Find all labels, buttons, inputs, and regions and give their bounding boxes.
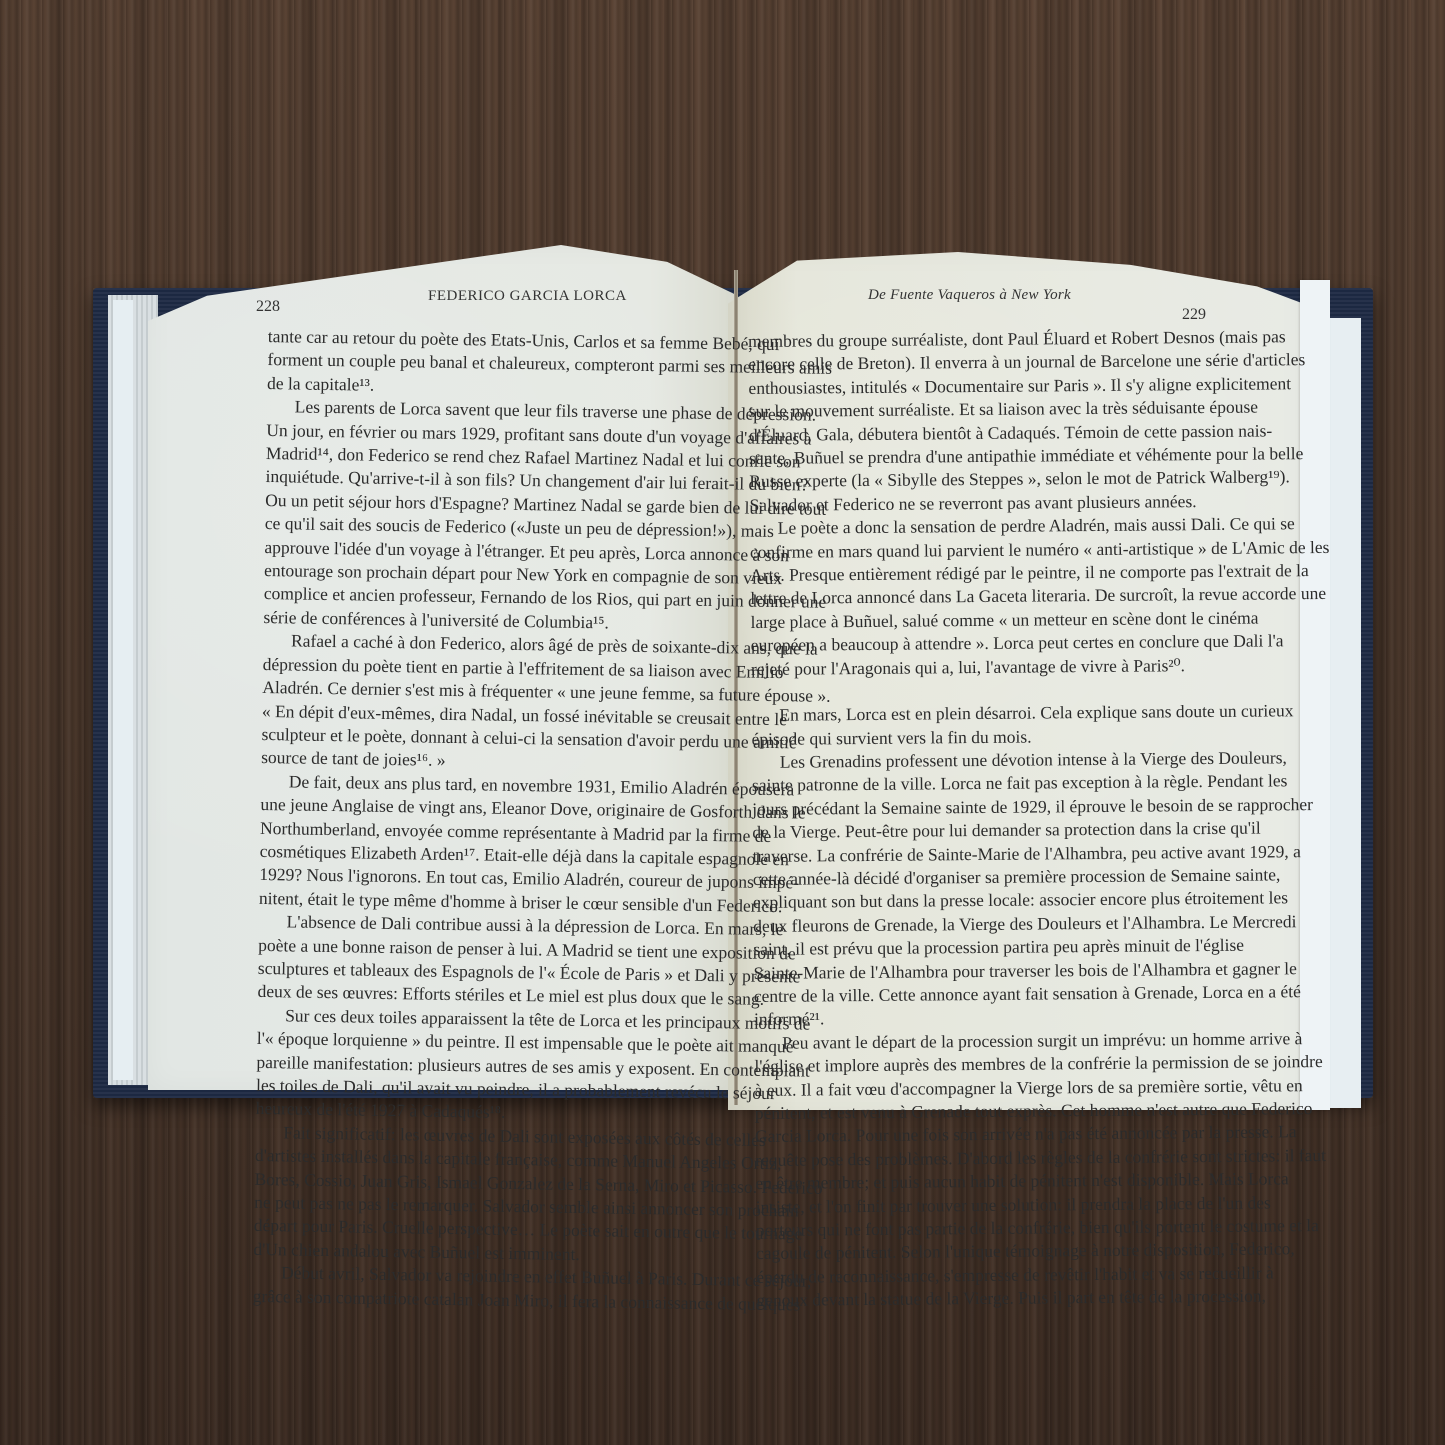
text-line: rejeté pour l'Aragonais qui a, lui, l'av… — [751, 653, 1231, 681]
right-running-head: De Fuente Vaqueros à New York — [868, 287, 1071, 304]
left-page-body: tante car au retour du poète des Etats-U… — [253, 325, 730, 1315]
text-line: genoux devant la statue de la Vierge. Pu… — [756, 1285, 1236, 1313]
left-endpaper-edge — [113, 300, 133, 1080]
right-page-number: 229 — [1182, 306, 1206, 324]
text-line: centre de la ville. Cette annonce ayant … — [754, 981, 1234, 1009]
text-line: saint, il est prévu que la procession pa… — [753, 934, 1233, 962]
right-page-body: membres du groupe surréaliste, dont Paul… — [748, 326, 1237, 1313]
text-line: de la Vierge. Peut-être pour lui demande… — [752, 817, 1232, 845]
left-running-head: FEDERICO GARCIA LORCA — [428, 288, 627, 305]
open-book: 228 FEDERICO GARCIA LORCA De Fuente Vaqu… — [0, 0, 1445, 1445]
left-page-number: 228 — [256, 298, 280, 316]
page-marker-strip — [1300, 280, 1330, 1110]
text-line: En mars, Lorca est en plein désarroi. Ce… — [751, 700, 1231, 728]
right-endpaper-edge — [1327, 318, 1361, 1108]
